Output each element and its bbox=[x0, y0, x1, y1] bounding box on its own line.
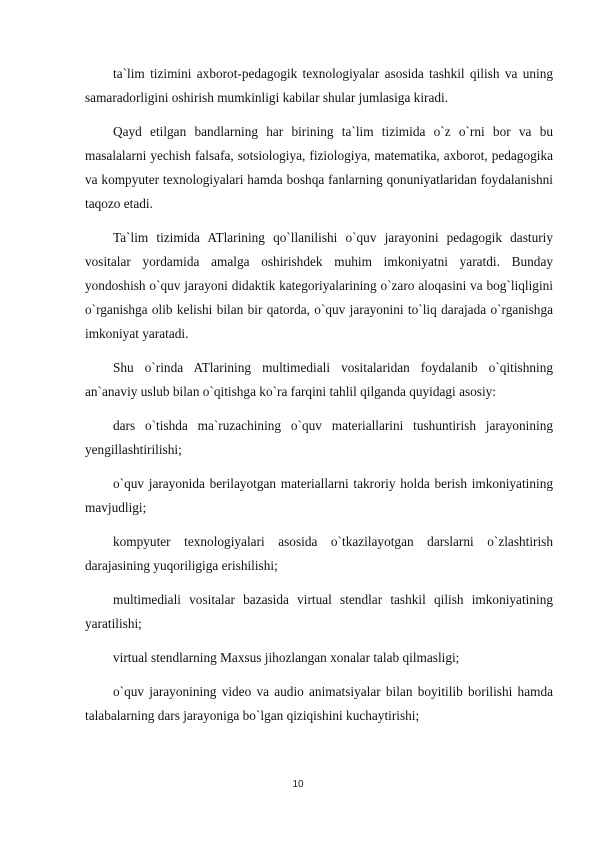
list-item-video-audio: o`quv jarayonining video va audio animat… bbox=[85, 680, 553, 728]
page-number: 10 bbox=[0, 779, 596, 790]
paragraph-it-in-education: Ta`lim tizimida ATlarining qo`llanilishi… bbox=[85, 226, 553, 346]
document-page: ta`lim tizimini axborot-pedagogik texnol… bbox=[85, 62, 553, 738]
list-item-no-special-rooms: virtual stendlarning Maxsus jihozlangan … bbox=[85, 646, 553, 670]
paragraph-multimedia-comparison: Shu o`rinda ATlarining multimediali vosi… bbox=[85, 356, 553, 404]
list-item-lecturer-ease: dars o`tishda ma`ruzachining o`quv mater… bbox=[85, 414, 553, 462]
list-item-repetition: o`quv jarayonida berilayotgan materialla… bbox=[85, 472, 553, 520]
list-item-virtual-stands: multimediali vositalar bazasida virtual … bbox=[85, 588, 553, 636]
list-item-mastery: kompyuter texnologiyalari asosida o`tkaz… bbox=[85, 530, 553, 578]
paragraph-disciplines: Qayd etilgan bandlarning har birining ta… bbox=[85, 120, 553, 216]
paragraph-intro-continuation: ta`lim tizimini axborot-pedagogik texnol… bbox=[85, 62, 553, 110]
